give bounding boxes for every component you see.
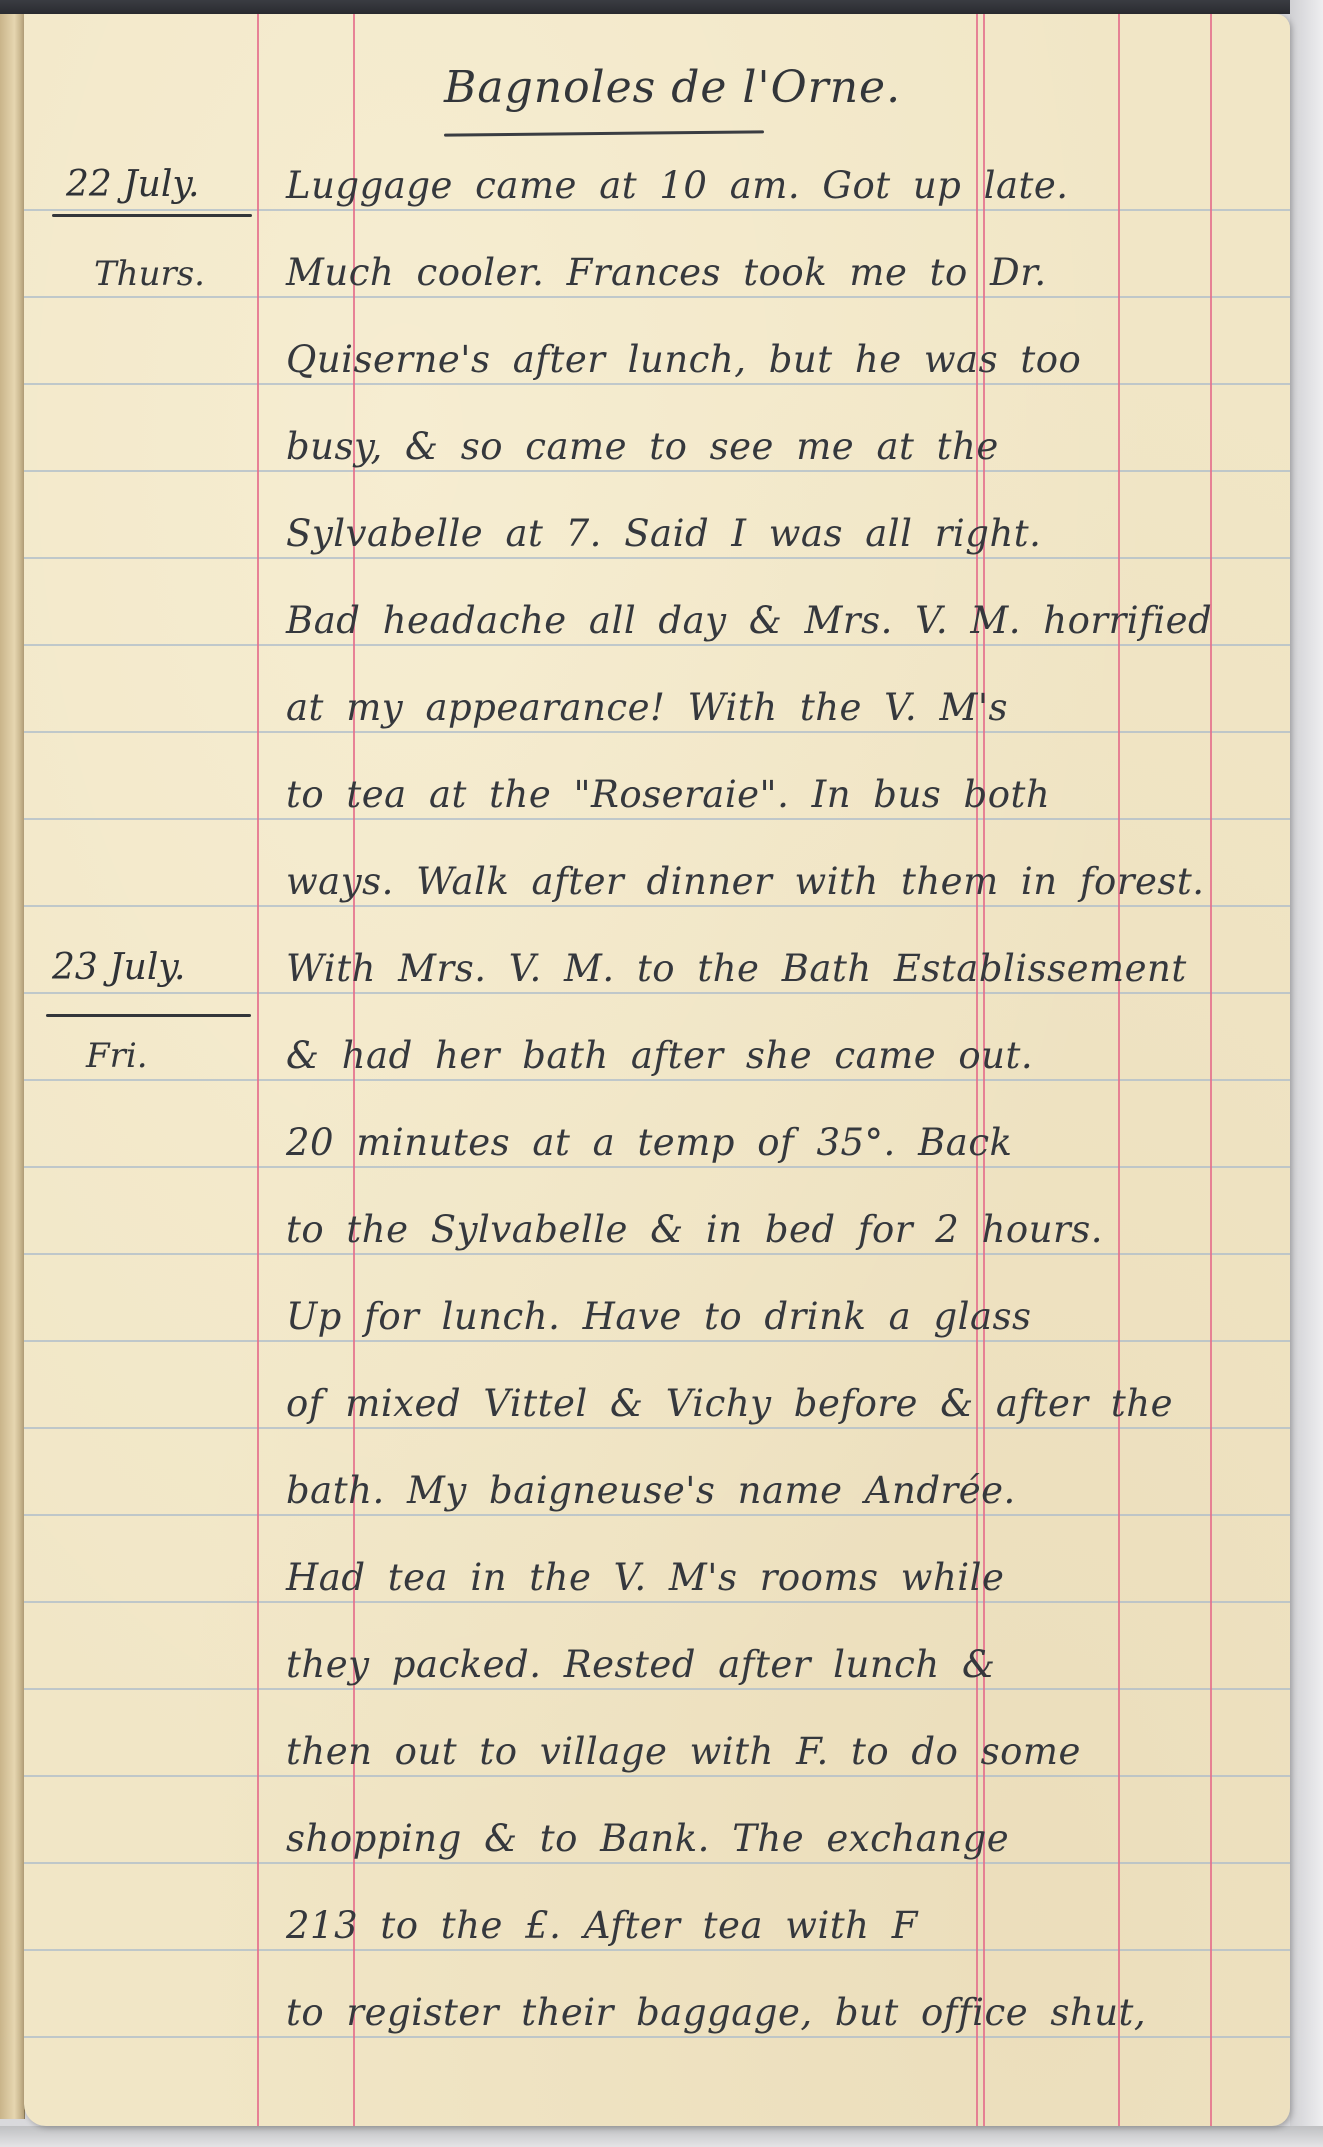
diary-page: Bagnoles de l'Orne. 22 July. Thurs. Lugg… xyxy=(24,14,1290,2126)
ruled-line xyxy=(24,644,1290,646)
ruled-line xyxy=(24,470,1290,472)
ruled-line xyxy=(24,1601,1290,1603)
ruled-line xyxy=(24,1775,1290,1777)
entry-line: Sylvabelle at 7. Said I was all right. xyxy=(286,512,1290,555)
ruled-line xyxy=(24,1253,1290,1255)
entry-line: ways. Walk after dinner with them in for… xyxy=(286,860,1290,903)
scan-background-right xyxy=(1290,0,1323,2147)
entry-line: Luggage came at 10 am. Got up late. xyxy=(286,164,1290,207)
scan-background-bottom xyxy=(0,2126,1323,2147)
entry-line: Had tea in the V. M's rooms while xyxy=(286,1556,1290,1599)
entry-line: to tea at the "Roseraie". In bus both xyxy=(286,773,1290,816)
entry-line: of mixed Vittel & Vichy before & after t… xyxy=(286,1382,1290,1425)
date-underline xyxy=(52,214,252,217)
scan-background-top xyxy=(0,0,1323,14)
ruled-line xyxy=(24,2036,1290,2038)
entry-date: 22 July. xyxy=(66,164,199,205)
entry-line: Much cooler. Frances took me to Dr. xyxy=(286,251,1290,294)
ruled-line xyxy=(24,557,1290,559)
entry-line: then out to village with F. to do some xyxy=(286,1730,1290,1773)
entry-line: Bad headache all day & Mrs. V. M. horrif… xyxy=(286,599,1290,642)
entry-day: Fri. xyxy=(86,1036,148,1076)
entry-line: to register their baggage, but office sh… xyxy=(286,1991,1290,2034)
entry-line: they packed. Rested after lunch & xyxy=(286,1643,1290,1686)
ruled-line xyxy=(24,1688,1290,1690)
entry-line: busy, & so came to see me at the xyxy=(286,425,1290,468)
ruled-line xyxy=(24,731,1290,733)
ruled-line xyxy=(24,1166,1290,1168)
page-title: Bagnoles de l'Orne. xyxy=(444,62,901,113)
ruled-line xyxy=(24,296,1290,298)
ruled-line xyxy=(24,818,1290,820)
entry-line: shopping & to Bank. The exchange xyxy=(286,1817,1290,1860)
ruled-line xyxy=(24,209,1290,211)
margin-line xyxy=(257,14,259,2126)
ruled-line xyxy=(24,1514,1290,1516)
entry-line: & had her bath after she came out. xyxy=(286,1034,1290,1077)
previous-page-edge xyxy=(0,14,25,2119)
ruled-line xyxy=(24,905,1290,907)
entry-line: 20 minutes at a temp of 35°. Back xyxy=(286,1121,1290,1164)
ruled-line xyxy=(24,1340,1290,1342)
ruled-line xyxy=(24,992,1290,994)
entry-line: at my appearance! With the V. M's xyxy=(286,686,1290,729)
ruled-line xyxy=(24,1079,1290,1081)
entry-line: 213 to the £. After tea with F xyxy=(286,1904,1290,1947)
entry-line: With Mrs. V. M. to the Bath Establisseme… xyxy=(286,947,1290,990)
ruled-line xyxy=(24,1427,1290,1429)
ruled-line xyxy=(24,1862,1290,1864)
entry-line: Up for lunch. Have to drink a glass xyxy=(286,1295,1290,1338)
entry-day: Thurs. xyxy=(94,254,205,294)
date-underline xyxy=(46,1014,251,1017)
ruled-line xyxy=(24,1949,1290,1951)
entry-line: bath. My baigneuse's name Andrée. xyxy=(286,1469,1290,1512)
entry-line: to the Sylvabelle & in bed for 2 hours. xyxy=(286,1208,1290,1251)
entry-date: 23 July. xyxy=(52,947,185,988)
ruled-line xyxy=(24,383,1290,385)
entry-line: Quiserne's after lunch, but he was too xyxy=(286,338,1290,381)
